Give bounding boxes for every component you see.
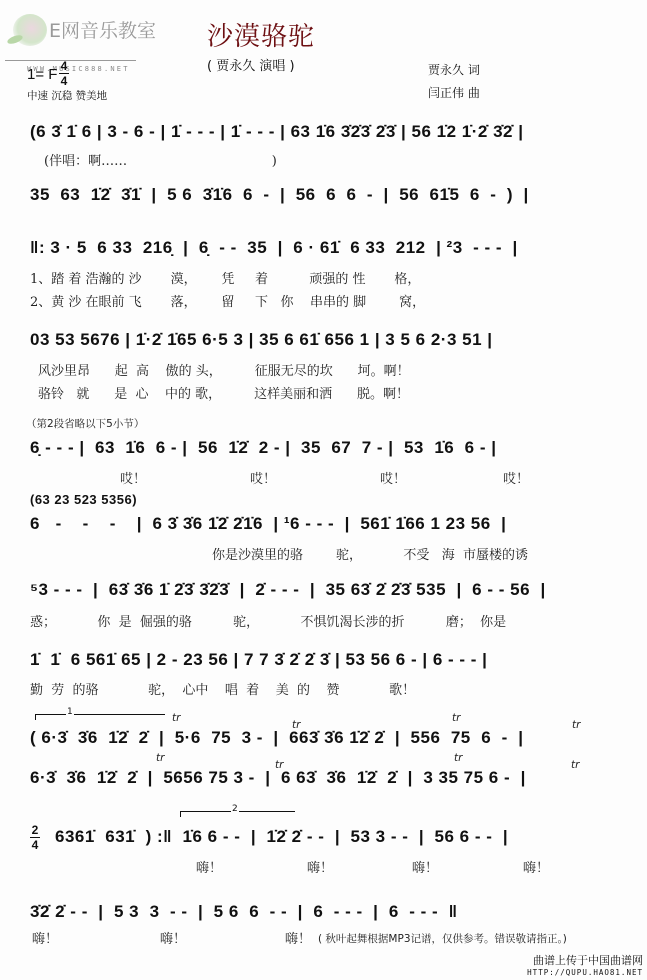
- lyric: 哎！: [250, 468, 276, 487]
- lyric-verse-1: 风沙里昂 起 高 傲的 头， 征服无尽的坎 坷。啊！: [38, 360, 410, 379]
- notes: 6̣ - - - | 63 1̇6 6 - | 56 1̇2̇ 2 - | 35…: [30, 438, 497, 462]
- intro-notes: (63 23 523 5356): [30, 492, 137, 516]
- time-signature: 4 4: [59, 60, 69, 87]
- trill-mark: tr: [454, 752, 462, 764]
- notes: 03 53 5676 | 1̇·2̇ 1̇65 6·5 3 | 35 6 61̇…: [30, 330, 493, 354]
- notes: ⁵3 - - - | 63̇ 3̇6 1̇ 2̇3̇ 3̇2̇3̇ | 2̇ -…: [30, 580, 546, 604]
- site-logo[interactable]: E网音乐教室 WWW.MUSIC888.NET: [5, 10, 195, 55]
- composer: 闫正伟 曲: [428, 82, 480, 105]
- song-title: 沙漠骆驼: [207, 16, 315, 53]
- notes: ( 6·3̇ 3̇6 1̇2̇ 2̇ | 5·6 75 3 - | 663̇ 3…: [30, 728, 523, 752]
- lyric-verse-2: 2、黄 沙 在眼前 飞 落， 留 下 你 串串的 脚 窝，: [30, 291, 425, 310]
- lyric: 勤 劳 的骆 驼， 心中 唱 着 美 的 赞 歌！: [30, 679, 415, 698]
- score-line-1: (6 3̇ 1̇ 6 | 3 - 6 - | 1̇ - - - | 1̇ - -…: [0, 122, 647, 146]
- score-line-11: 6361̇ 631̇ ) :‖ 1̇6 6 - - | 1̇2̇ 2̇ - - …: [0, 827, 647, 851]
- notes: 1̇ 1̇ 6 561̇ 65 | 2 - 23 56 | 7 7 3̇ 2̇ …: [30, 650, 487, 674]
- time-signature-top: 4: [61, 60, 68, 72]
- score-line-7: ⁵3 - - - | 63̇ 3̇6 1̇ 2̇3̇ 3̇2̇3̇ | 2̇ -…: [0, 580, 647, 604]
- notes: 6 - - - | 6 3̇ 3̇6 1̇2̇ 2̇1̇6 | ¹6 - - -…: [30, 514, 506, 538]
- lyric: 嗨！: [32, 928, 58, 947]
- score-line-9: ( 6·3̇ 3̇6 1̇2̇ 2̇ | 5·6 75 3 - | 663̇ 3…: [0, 728, 647, 752]
- lyric: 哎！: [380, 468, 406, 487]
- score-line-5: 6̣ - - - | 63 1̇6 6 - | 56 1̇2̇ 2 - | 35…: [0, 438, 647, 462]
- footer-source: 曲谱上传于中国曲谱网: [533, 952, 643, 968]
- credits: 贾永久 词 闫正伟 曲: [428, 59, 480, 105]
- score-line-3: ‖: 3 · 5 6 33 216̣ | 6̣ - - 35 | 6 · 61̇…: [0, 238, 647, 262]
- lyric-verse-1: 1、踏 着 浩瀚的 沙 漠， 凭 着 顽强的 性 格，: [30, 268, 420, 287]
- score-line-6: 6 - - - | 6 3̇ 3̇6 1̇2̇ 2̇1̇6 | ¹6 - - -…: [0, 514, 647, 538]
- logo-divider: [5, 60, 136, 61]
- lyric: 你是沙漠里的骆 驼， 不受 海 市蜃楼的诱: [212, 544, 528, 563]
- volta-bracket-2: 2: [180, 811, 295, 817]
- score-line-4: 03 53 5676 | 1̇·2̇ 1̇65 6·5 3 | 35 6 61̇…: [0, 330, 647, 354]
- lyric: 嗨！: [412, 857, 438, 876]
- lyric: 哎！: [120, 468, 146, 487]
- tempo-marking: 中速 沉稳 赞美地: [27, 88, 107, 103]
- trill-mark: tr: [156, 752, 164, 764]
- notes: 6361̇ 631̇ ) :‖ 1̇6 6 - - | 1̇2̇ 2̇ - - …: [55, 827, 508, 851]
- lyric: 嗨！: [285, 928, 311, 947]
- score-line-10: 6·3̇ 3̇6 1̇2̇ 2̇ | 5656 75 3 - | 6 63̇ 3…: [0, 768, 647, 792]
- lyricist: 贾永久 词: [428, 59, 480, 82]
- section-note: （第2段省略以下5小节）: [26, 416, 144, 431]
- trill-mark: tr: [572, 719, 580, 731]
- trill-mark: tr: [172, 712, 180, 724]
- performer: ( 贾永久 演唱 ): [207, 55, 295, 74]
- notes: ‖: 3 · 5 6 33 216̣ | 6̣ - - 35 | 6 · 61̇…: [30, 238, 518, 262]
- lyric: 嗨！: [307, 857, 333, 876]
- score-line-12: 3̇2̇ 2̇ - - | 5 3 3 - - | 5 6 6 - - | 6 …: [0, 902, 647, 926]
- time-signature-bottom: 4: [61, 75, 68, 87]
- notes: 6·3̇ 3̇6 1̇2̇ 2̇ | 5656 75 3 - | 6 63̇ 3…: [30, 768, 526, 792]
- lyric: 惑； 你 是 倔强的骆 驼， 不惧饥渴长涉的折 磨； 你是: [30, 611, 506, 630]
- lyric: 嗨！: [160, 928, 186, 947]
- footer-url[interactable]: HTTP://QUPU.HAO81.NET: [527, 968, 643, 977]
- trill-mark: tr: [571, 759, 579, 771]
- notes: (6 3̇ 1̇ 6 | 3 - 6 - | 1̇ - - - | 1̇ - -…: [30, 122, 524, 146]
- score-line-2: 35 63 1̇2̇ 3̇1̇ | 5 6 3̇1̇6 6 - | 56 6 6…: [0, 185, 647, 209]
- trill-mark: tr: [452, 712, 460, 724]
- lyric-verse-2: 骆铃 就 是 心 中的 歌， 这样美丽和洒 脱。啊！: [38, 383, 409, 402]
- notes: 35 63 1̇2̇ 3̇1̇ | 5 6 3̇1̇6 6 - | 56 6 6…: [30, 185, 529, 209]
- lyric-line-1: (伴唱：啊…… ): [44, 150, 277, 169]
- score-line-8: 1̇ 1̇ 6 561̇ 65 | 2 - 23 56 | 7 7 3̇ 2̇ …: [0, 650, 647, 674]
- trill-mark: tr: [292, 719, 300, 731]
- notes: 3̇2̇ 2̇ - - | 5 3 3 - - | 5 6 6 - - | 6 …: [30, 902, 458, 926]
- lyric: 嗨！: [523, 857, 549, 876]
- volta-bracket-1: 1: [35, 714, 165, 720]
- lyric: 嗨！: [196, 857, 222, 876]
- trill-mark: tr: [275, 759, 283, 771]
- transcription-remark: ( 秋叶起舞根据MP3记谱，仅供参考。错误敬请指正。): [318, 931, 567, 946]
- logo-text: E网音乐教室: [49, 16, 156, 43]
- lyric: 哎！: [503, 468, 529, 487]
- key-signature: 1= F: [27, 66, 57, 83]
